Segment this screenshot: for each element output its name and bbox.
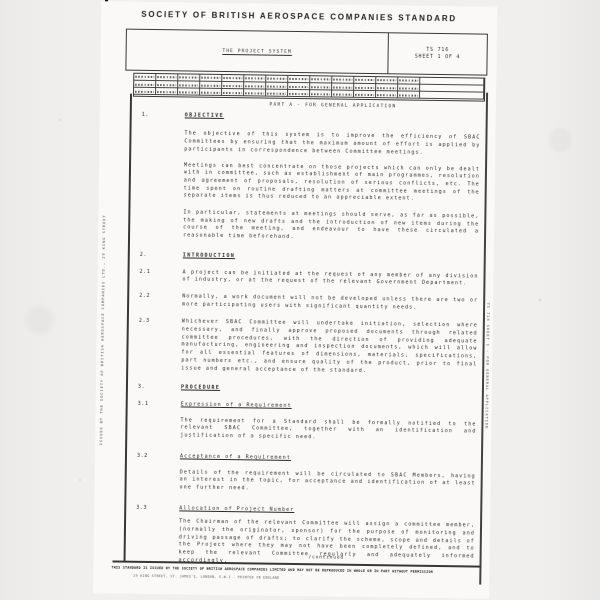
right-margin-vertical-text: TS 716 SHEET 1 - FOR GENERAL APPLICATION: [484, 303, 490, 463]
paragraph: Details of the requirement will be circu…: [179, 469, 475, 496]
section-heading: INTRODUCTION: [183, 252, 235, 260]
section-heading: OBJECTIVE: [185, 112, 224, 120]
section-heading-row: 3. PROCEDURE: [130, 384, 482, 397]
section-heading-row: 1. OBJECTIVE: [134, 111, 486, 124]
section-heading: PROCEDURE: [181, 385, 220, 393]
document-title: THE PROJECT SYSTEM: [222, 48, 292, 54]
paragraph: The requirement for a Standard shall be …: [180, 417, 476, 444]
footer-address-line: 29 KING STREET, ST. JAMES'S, LONDON, S.W…: [133, 574, 383, 581]
subsection-heading-row: 3.3 Allocation of Project Number: [128, 504, 480, 517]
clause-number: 3.: [138, 384, 145, 392]
numbered-clause: 2.3 Whichever SBAC Committee will undert…: [130, 318, 483, 377]
subsection-heading: Expression of a Requirement: [181, 401, 292, 410]
paragraph: The Chairman of the relevant Committee w…: [178, 519, 475, 569]
title-box-left-cell: THE PROJECT SYSTEM: [126, 30, 389, 74]
scan-background: SOCIETY OF BRITISH AEROSPACE COMPANIES S…: [0, 0, 600, 600]
clause-number: 2.1: [139, 268, 150, 276]
paragraph: In particular, statements at meetings sh…: [183, 209, 479, 244]
clause-number: 2.: [140, 252, 147, 260]
title-box-right-cell: TS 716 SHEET 1 OF 4: [388, 33, 487, 74]
subsection-heading: Acceptance of a Requirement: [180, 453, 291, 462]
masthead-title: SOCIETY OF BRITISH AEROSPACE COMPANIES S…: [101, 9, 497, 24]
clause-number: 1.: [142, 112, 149, 120]
subsection-heading-row: 3.2 Acceptance of a Requirement: [129, 452, 481, 465]
sheet-number: SHEET 1 OF 4: [415, 55, 461, 61]
numbered-clause: 2.2 Normally, a work document will not b…: [131, 293, 483, 313]
clause-number: 3.3: [136, 504, 147, 512]
clause-number: 3.2: [137, 453, 148, 461]
numbered-clause: 2.1 A project can be initiated at the re…: [131, 268, 483, 288]
paragraph: Meetings can best concentrate on those p…: [184, 162, 481, 205]
subsection-heading-row: 3.1 Expression of a Requirement: [130, 401, 482, 414]
paragraph: The objective of this system is to impro…: [184, 131, 480, 158]
document-number: TS 716: [426, 48, 449, 53]
scanned-page: SOCIETY OF BRITISH AEROSPACE COMPANIES S…: [93, 1, 497, 598]
clause-number: 2.2: [139, 293, 150, 301]
part-line: PART A - FOR GENERAL APPLICATION: [185, 100, 481, 112]
paragraph: Normally, a work document will not be de…: [182, 293, 478, 313]
left-margin-vertical-text: ISSUED BY THE SOCIETY OF BRITISH AEROSPA…: [99, 215, 106, 445]
continued-note: /continued: [309, 555, 345, 560]
document-body: PART A - FOR GENERAL APPLICATION 1. OBJE…: [127, 94, 486, 569]
paragraph: Whichever SBAC Committee will undertake …: [181, 319, 478, 377]
paragraph: A project can be initiated at the reques…: [182, 269, 478, 289]
section-heading-row: 2. INTRODUCTION: [132, 252, 484, 265]
title-box: THE PROJECT SYSTEM TS 716 SHEET 1 OF 4: [125, 29, 488, 76]
clause-number: 3.1: [138, 401, 149, 409]
subsection-heading: Allocation of Project Number: [179, 505, 294, 514]
clause-number: 2.3: [139, 318, 150, 326]
